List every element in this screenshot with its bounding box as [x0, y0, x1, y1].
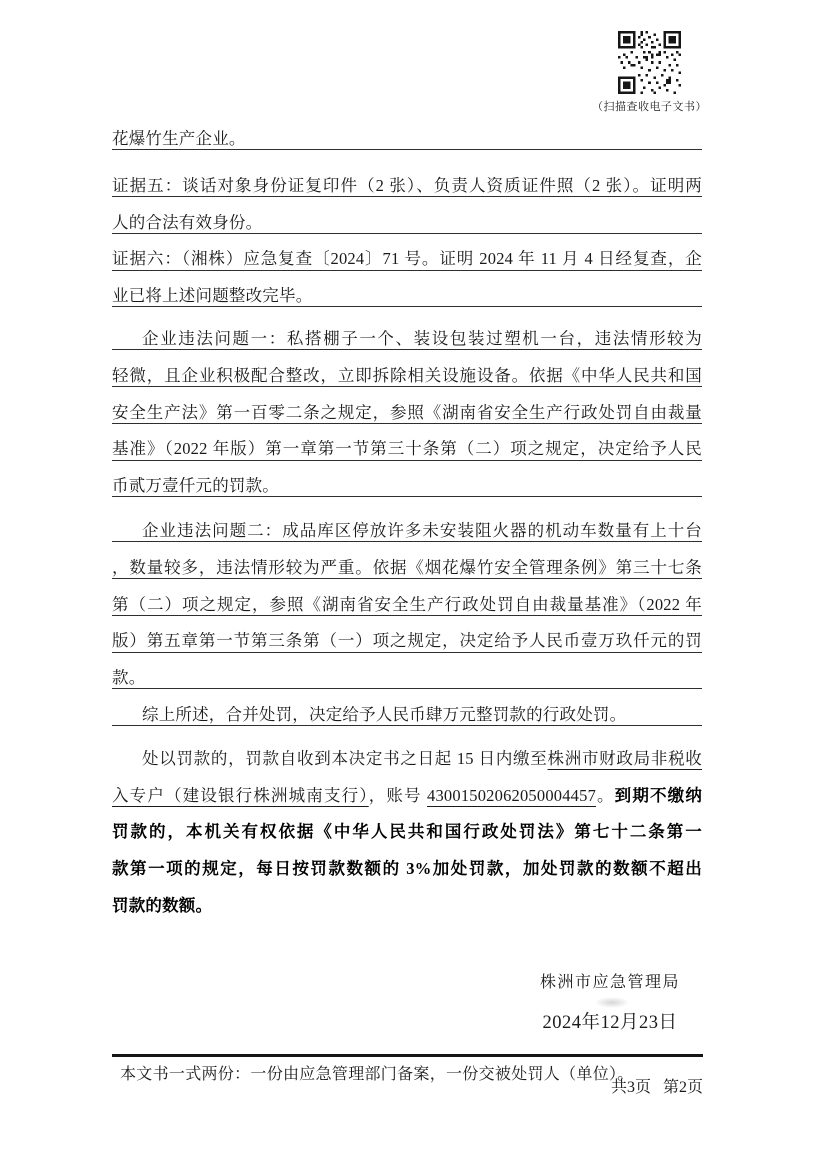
- document-line: ，数量较多，违法情形较为严重。依据《烟花爆竹安全管理条例》第三十七条: [112, 544, 702, 581]
- text-segment: 企业违法问题一：私搭棚子一个、装设包装过塑机一台，违法情形较为: [142, 329, 702, 348]
- document-body: 花爆竹生产企业。证据五：谈话对象身份证复印件（2 张）、负责人资质证件照（2 张…: [112, 115, 702, 919]
- text-segment: 币贰万壹仟元的罚款。: [112, 476, 279, 495]
- text-segment: 人的合法有效身份。: [112, 213, 262, 232]
- document-line: 币贰万壹仟元的罚款。: [112, 462, 702, 499]
- qr-code-icon: [618, 31, 681, 94]
- text-segment: 处以罚款的，罚款自收到本决定书之日起 15 日内缴至: [142, 749, 548, 768]
- text-segment: 安全生产法》第一百零二条之规定，参照《湖南省安全生产行政处罚自由裁量: [112, 403, 702, 422]
- text-segment: 版）第五章第一节第三条第（一）项之规定，决定给予人民币壹万玖仟元的罚: [112, 631, 702, 650]
- document-line: 企业违法问题一：私搭棚子一个、装设包装过塑机一台，违法情形较为: [112, 315, 702, 352]
- qr-block: （扫描查收电子文书）: [592, 31, 706, 114]
- document-line: 入专户（建设银行株洲城南支行），账号 43001502062050004457。…: [112, 772, 702, 809]
- text-segment: 企业违法问题二：成品库区停放许多未安装阻火器的机动车数量有上十台: [142, 521, 702, 540]
- document-line: 款第一项的规定，每日按罚款数额的 3%加处罚款，加处罚款的数额不超出: [112, 845, 702, 882]
- text-segment: 轻微，且企业积极配合整改，立即拆除相关设施设备。依据《中华人民共和国: [112, 366, 702, 385]
- document-line: 罚款的数额。: [112, 882, 702, 919]
- document-line: 轻微，且企业积极配合整改，立即拆除相关设施设备。依据《中华人民共和国: [112, 352, 702, 389]
- text-segment: 证据六：（湘株）应急复查〔2024〕71 号。证明 2024 年 11 月 4 …: [112, 249, 702, 268]
- signature-org: 株洲市应急管理局: [455, 969, 765, 992]
- document-line: 处以罚款的，罚款自收到本决定书之日起 15 日内缴至株洲市财政局非税收: [112, 735, 702, 772]
- document-page: （扫描查收电子文书） 花爆竹生产企业。证据五：谈话对象身份证复印件（2 张）、负…: [0, 0, 822, 1165]
- text-segment: 43001502062050004457: [427, 786, 596, 805]
- text-segment: 到期不缴纳: [615, 786, 702, 805]
- document-line: 安全生产法》第一百零二条之规定，参照《湖南省安全生产行政处罚自由裁量: [112, 389, 702, 426]
- text-segment: 入专户（建设银行株洲城南支行）: [112, 786, 369, 805]
- document-line: 业已将上述问题整改完毕。: [112, 272, 702, 309]
- text-segment: 罚款的数额。: [112, 896, 212, 915]
- text-segment: 证据五：谈话对象身份证复印件（2 张）、负责人资质证件照（2 张）。证明两: [112, 176, 702, 195]
- faint-stamp-artifact: [595, 997, 629, 1008]
- text-segment: 株洲市财政局非税收: [548, 749, 702, 768]
- text-segment: 罚款的，本机关有权依据《中华人民共和国行政处罚法》第七十二条第一: [112, 822, 702, 841]
- text-segment: 。: [596, 786, 615, 805]
- text-segment: 业已将上述问题整改完毕。: [112, 286, 312, 305]
- text-segment: ，数量较多，违法情形较为严重。依据《烟花爆竹安全管理条例》第三十七条: [112, 558, 702, 577]
- text-segment: 第（二）项之规定，参照《湖南省安全生产行政处罚自由裁量基准》（2022 年: [112, 595, 702, 614]
- text-segment: 综上所述，合并处罚，决定给予人民币肆万元整罚款的行政处罚。: [142, 705, 626, 724]
- document-line: 企业违法问题二：成品库区停放许多未安装阻火器的机动车数量有上十台: [112, 507, 702, 544]
- text-segment: 款。: [112, 668, 145, 687]
- document-line: 花爆竹生产企业。: [112, 115, 702, 152]
- document-line: 款。: [112, 654, 702, 691]
- document-line: 版）第五章第一节第三条第（一）项之规定，决定给予人民币壹万玖仟元的罚: [112, 617, 702, 654]
- footer-divider: [112, 1054, 703, 1057]
- signature-date: 2024年12月23日: [455, 1008, 765, 1034]
- text-segment: ，账号: [369, 786, 427, 805]
- document-line: 人的合法有效身份。: [112, 199, 702, 236]
- document-line: 第（二）项之规定，参照《湖南省安全生产行政处罚自由裁量基准》（2022 年: [112, 581, 702, 618]
- document-line: 综上所述，合并处罚，决定给予人民币肆万元整罚款的行政处罚。: [112, 691, 702, 728]
- document-line: 证据六：（湘株）应急复查〔2024〕71 号。证明 2024 年 11 月 4 …: [112, 235, 702, 272]
- text-segment: 基准》（2022 年版）第一章第一节第三十条第（二）项之规定，决定给予人民: [112, 439, 702, 458]
- qr-caption: （扫描查收电子文书）: [592, 98, 706, 114]
- document-line: 证据五：谈话对象身份证复印件（2 张）、负责人资质证件照（2 张）。证明两: [112, 162, 702, 199]
- text-segment: 款第一项的规定，每日按罚款数额的 3%加处罚款，加处罚款的数额不超出: [112, 859, 702, 878]
- document-line: 基准》（2022 年版）第一章第一节第三十条第（二）项之规定，决定给予人民: [112, 425, 702, 462]
- page-number: 共3页 第2页: [540, 1074, 703, 1097]
- document-line: 罚款的，本机关有权依据《中华人民共和国行政处罚法》第七十二条第一: [112, 808, 702, 845]
- text-segment: 花爆竹生产企业。: [112, 129, 246, 148]
